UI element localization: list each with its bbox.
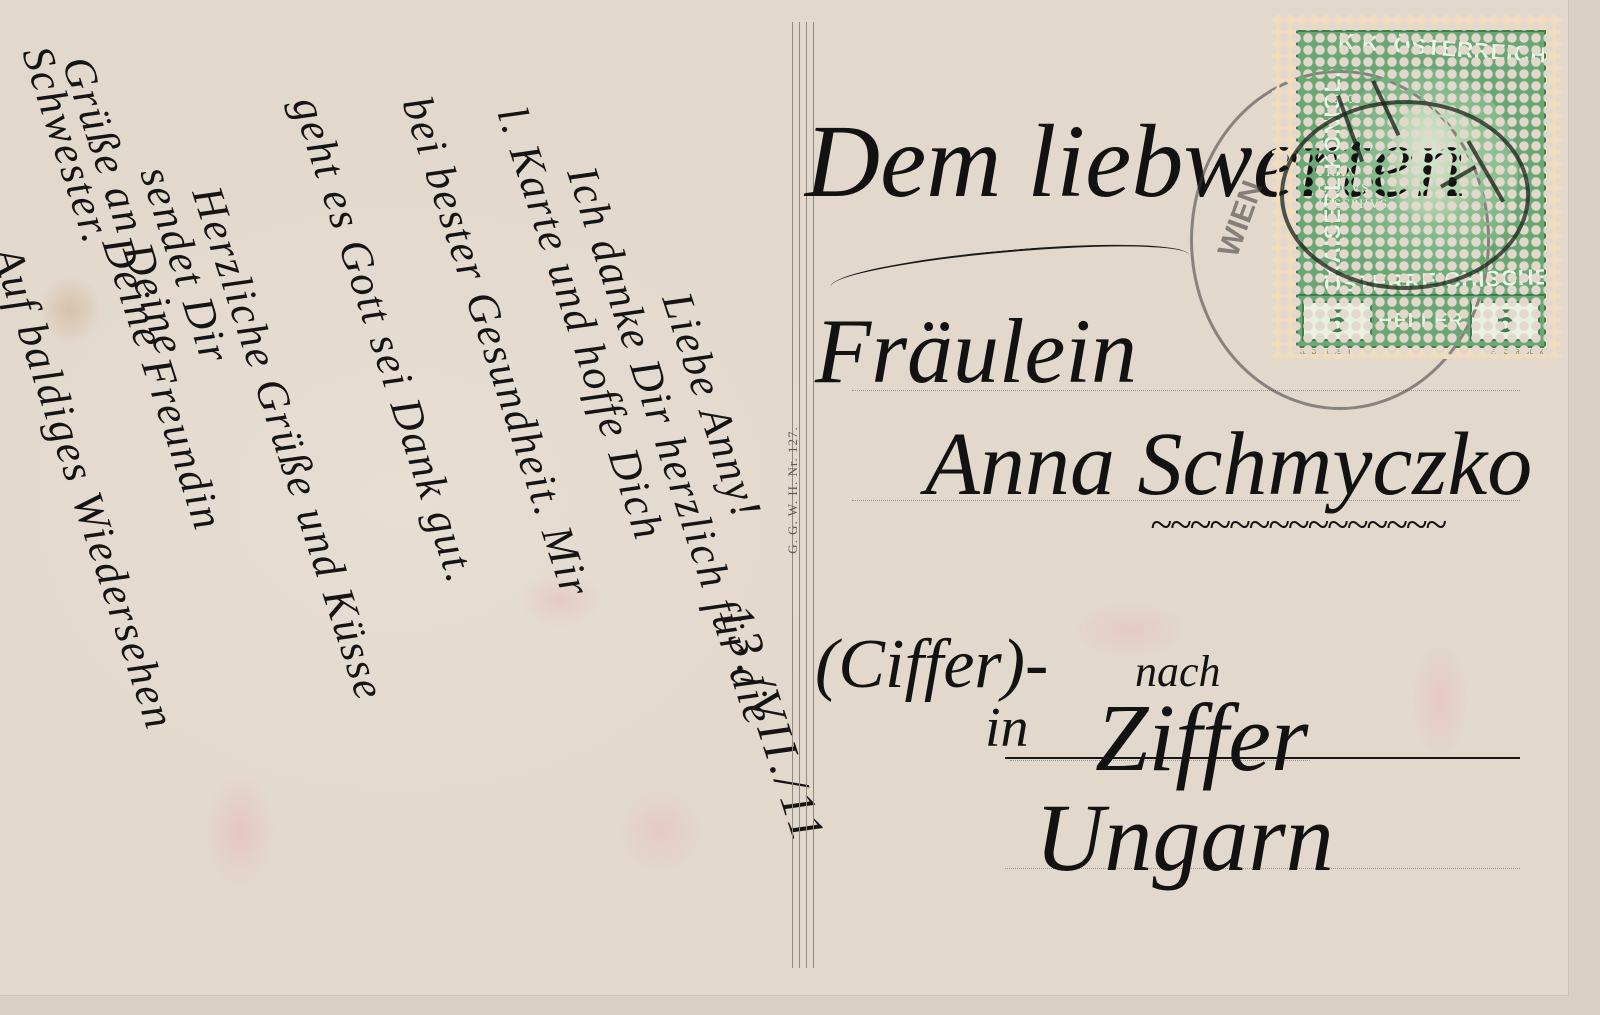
stamp-value-row: 5 HELLER 5: [1298, 294, 1544, 346]
stamp-value-right: 5: [1470, 301, 1540, 341]
stamp-value-label: HELLER: [1378, 310, 1464, 333]
stamp-value-left: 5: [1302, 301, 1372, 341]
postmark-cancel-ring: [1280, 100, 1530, 290]
printer-mark: G. G. W. II. Nr. 127.: [785, 426, 801, 554]
address-country: Ungarn: [1035, 790, 1334, 886]
address-place: Ziffer: [1095, 690, 1308, 786]
stamp-engraver: F. SCHIRNBÖCK: [1491, 350, 1544, 356]
stamp-designer: KOLOM. MOSER: [1298, 350, 1351, 356]
name-underline-squiggle: ~~~~~~~~~~~~~~~: [1150, 505, 1445, 545]
place-prefix: in: [985, 700, 1029, 756]
address-title: Fräulein: [815, 305, 1137, 397]
place-strike-line: [1005, 757, 1520, 759]
stamp-printer-credits: KOLOM. MOSER F. SCHIRNBÖCK: [1298, 350, 1544, 356]
message-area: 13./VII./11 Liebe Anny! Ich danke Dir he…: [0, 0, 780, 995]
postcard: 13./VII./11 Liebe Anny! Ich danke Dir he…: [0, 0, 1569, 996]
stamp-top-text: K.K. ÖSTERREICHISCHE: [1337, 30, 1546, 74]
address-name: Anna Schmyczko: [925, 420, 1532, 510]
salutation-flourish: [829, 234, 1191, 307]
place-annotation: (Ciffer)-: [815, 630, 1048, 700]
